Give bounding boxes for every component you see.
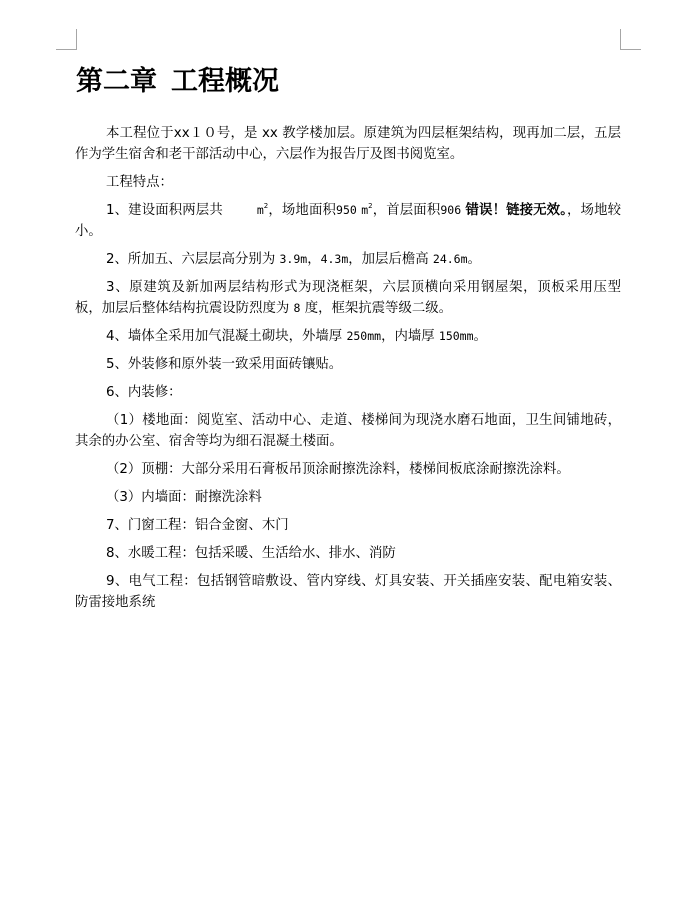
feature-item-7: 7、门窗工程：铝合金窗、木门 <box>75 515 621 536</box>
text: 本工程位于 <box>106 126 174 141</box>
school-placeholder: xx <box>262 126 278 141</box>
unit: m <box>257 203 264 217</box>
text: 号，是 <box>217 126 258 141</box>
text: ，首层面积 <box>373 203 441 218</box>
feature-item-9: 9、电气工程：包括钢管暗敷设、管内穿线、灯具安装、开关插座安装、配电箱安装、防雷… <box>75 571 621 613</box>
feature-item-4: 4、墙体全采用加气混凝土砌块，外墙厚 250mm，内墙厚 150mm。 <box>75 326 621 347</box>
feature-item-8: 8、水暖工程：包括采暖、生活给水、排水、消防 <box>75 543 621 564</box>
address-placeholder: xx１０ <box>174 126 217 141</box>
text: 1、建设面积两层共 <box>106 203 223 218</box>
ground-area-value: 906 <box>440 203 461 217</box>
text: ，加层后檐高 <box>348 252 428 267</box>
feature-item-6-2: （2）顶棚：大部分采用石膏板吊顶涂耐擦洗涂料，楼梯间板底涂耐擦洗涂料。 <box>75 459 621 480</box>
document-body: 本工程位于xx１０号，是 xx 教学楼加层。原建筑为四层框架结构，现再加二层，五… <box>75 123 621 620</box>
height-value: 4.3m <box>321 252 349 266</box>
seismic-degree-value: 8 <box>294 301 301 315</box>
text: 2、所加五、六层层高分别为 <box>106 252 275 267</box>
site-area-value: 950 <box>336 203 357 217</box>
height-value: 3.9m <box>279 252 307 266</box>
interior-wall-thickness: 150mm <box>439 329 474 343</box>
text: ，内墙厚 <box>381 329 435 344</box>
text: ，场地面积 <box>268 203 336 218</box>
chapter-title: 第二章工程概况 <box>76 66 279 98</box>
eave-height-value: 24.6m <box>433 252 468 266</box>
features-heading: 工程特点： <box>75 172 621 193</box>
chapter-number: 第二章 <box>76 66 157 97</box>
text: 4、墙体全采用加气混凝土砌块，外墙厚 <box>106 329 342 344</box>
text: ， <box>307 252 320 267</box>
feature-item-1: 1、建设面积两层共m2，场地面积950 m2，首层面积906 错误！链接无效。，… <box>75 200 621 242</box>
exterior-wall-thickness: 250mm <box>346 329 381 343</box>
margin-corner-mark-top-left <box>56 29 77 50</box>
document-page: 第二章工程概况 本工程位于xx１０号，是 xx 教学楼加层。原建筑为四层框架结构… <box>0 0 688 918</box>
broken-link-error[interactable]: 错误！链接无效。 <box>466 203 568 218</box>
feature-item-2: 2、所加五、六层层高分别为 3.9m，4.3m，加层后檐高 24.6m。 <box>75 249 621 270</box>
feature-item-6-3: （3）内墙面：耐擦洗涂料 <box>75 487 621 508</box>
feature-item-6: 6、内装修： <box>75 382 621 403</box>
feature-item-6-1: （1）楼地面：阅览室、活动中心、走道、楼梯间为现浇水磨石地面，卫生间铺地砖，其余… <box>75 410 621 452</box>
margin-corner-mark-top-right <box>620 29 641 50</box>
chapter-name: 工程概况 <box>171 66 279 97</box>
text: 。 <box>468 252 481 267</box>
feature-item-3: 3、原建筑及新加两层结构形式为现浇框架，六层顶横向采用钢屋架，顶板采用压型板，加… <box>75 277 621 319</box>
text: 度，框架抗震等级二级。 <box>305 301 452 316</box>
feature-item-5: 5、外装修和原外装一致采用面砖镶贴。 <box>75 354 621 375</box>
text: 。 <box>474 329 487 344</box>
intro-paragraph: 本工程位于xx１０号，是 xx 教学楼加层。原建筑为四层框架结构，现再加二层，五… <box>75 123 621 165</box>
